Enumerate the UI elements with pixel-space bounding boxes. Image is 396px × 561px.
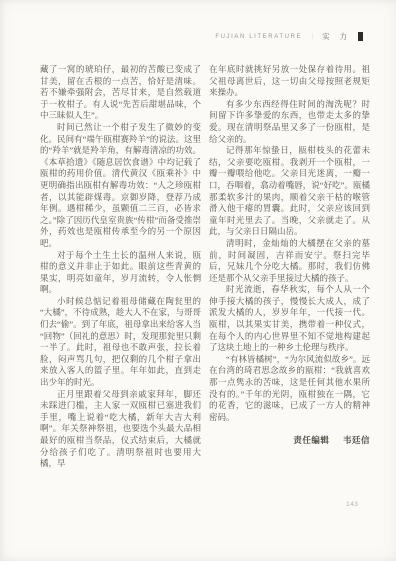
paragraph: “有林皆橘树”，“为尔风流似故乡”。远在台湾的琦君思念故乡的瓯柑：“我就喜欢那一… [209,354,370,424]
editor-name: 韦廷信 [343,435,370,445]
paragraph: 记得那年惊蛰日，瓯柑枝头的花蕾未结，父亲要吃瓯柑。我剥开一个瓯柑，一瓣一瓣喂给他… [209,145,370,238]
editor-label: 责任编辑 [293,435,329,445]
paragraph: 藏了一窝的琥珀仔，最初的苦酸已变成了甘美，留在舌根的一点苦，恰好是清味。若不嫌牵… [40,64,201,122]
editor-credit: 责任编辑韦廷信 [209,435,370,447]
article-column-left: 藏了一窝的琥珀仔，最初的苦酸已变成了甘美，留在舌根的一点苦，恰好是清味。若不嫌牵… [40,64,201,470]
paragraph: 有多少东西经得住时间的淘洗呢？时间留下许多挚爱的东西，也带走太多的挚爱。现在清明… [209,99,370,145]
paragraph: 时间已然让一个柑子发生了微妙的变化。民间有“端午瓯柑赛羚羊”的说法。这里的“羚羊… [40,122,201,250]
article-column-right: 在年底时就挑好另放一处保存着待用。祖父祖母离世后，这一切由父母按照老规矩来操办。… [209,64,370,470]
magazine-page: FUJIAN LITERATURE ｜ 实 力 藏了一窝的琥珀仔，最初的苦酸已变… [0,0,396,561]
page-number: 143 [346,501,358,508]
paragraph: 时光流逝，春华秋实，每个人从一个伸手接大橘的孩子，慢慢长大成人，成了派发大橘的人… [209,284,370,354]
header-separator: ｜ [309,32,315,41]
paragraph: 在年底时就挑好另放一处保存着待用。祖父祖母离世后，这一切由父母按照老规矩来操办。 [209,64,370,99]
running-head: FUJIAN LITERATURE ｜ 实 力 [215,31,363,42]
journal-title: FUJIAN LITERATURE [215,34,302,40]
paragraph: 正月里跟着父母到亲戚家拜年，脚还未踩进门槛，主人家一双瓯柑已塞进我们手里，嘴上说… [40,389,201,470]
paragraph: 对于每个土生土长的温州人来说，瓯柑的意义并非止于如此。眼前这些青黄的果实，明亮如… [40,250,201,296]
paragraph: 小时候总惦记着祖母储藏在陶瓮里的“大橘”，不待成熟，趁大人不在家，与哥哥们去“偷… [40,296,201,389]
section-title: 实 力 [322,31,351,42]
section-marker-block [358,32,363,41]
article-body: 藏了一窝的琥珀仔，最初的苦酸已变成了甘美，留在舌根的一点苦，恰好是清味。若不嫌牵… [40,64,370,470]
paragraph: 清明时，金灿灿的大橘摆在父亲的墓前，时间凝固，吉祥而安宁。祭扫完毕后，兄妹几个分… [209,238,370,284]
